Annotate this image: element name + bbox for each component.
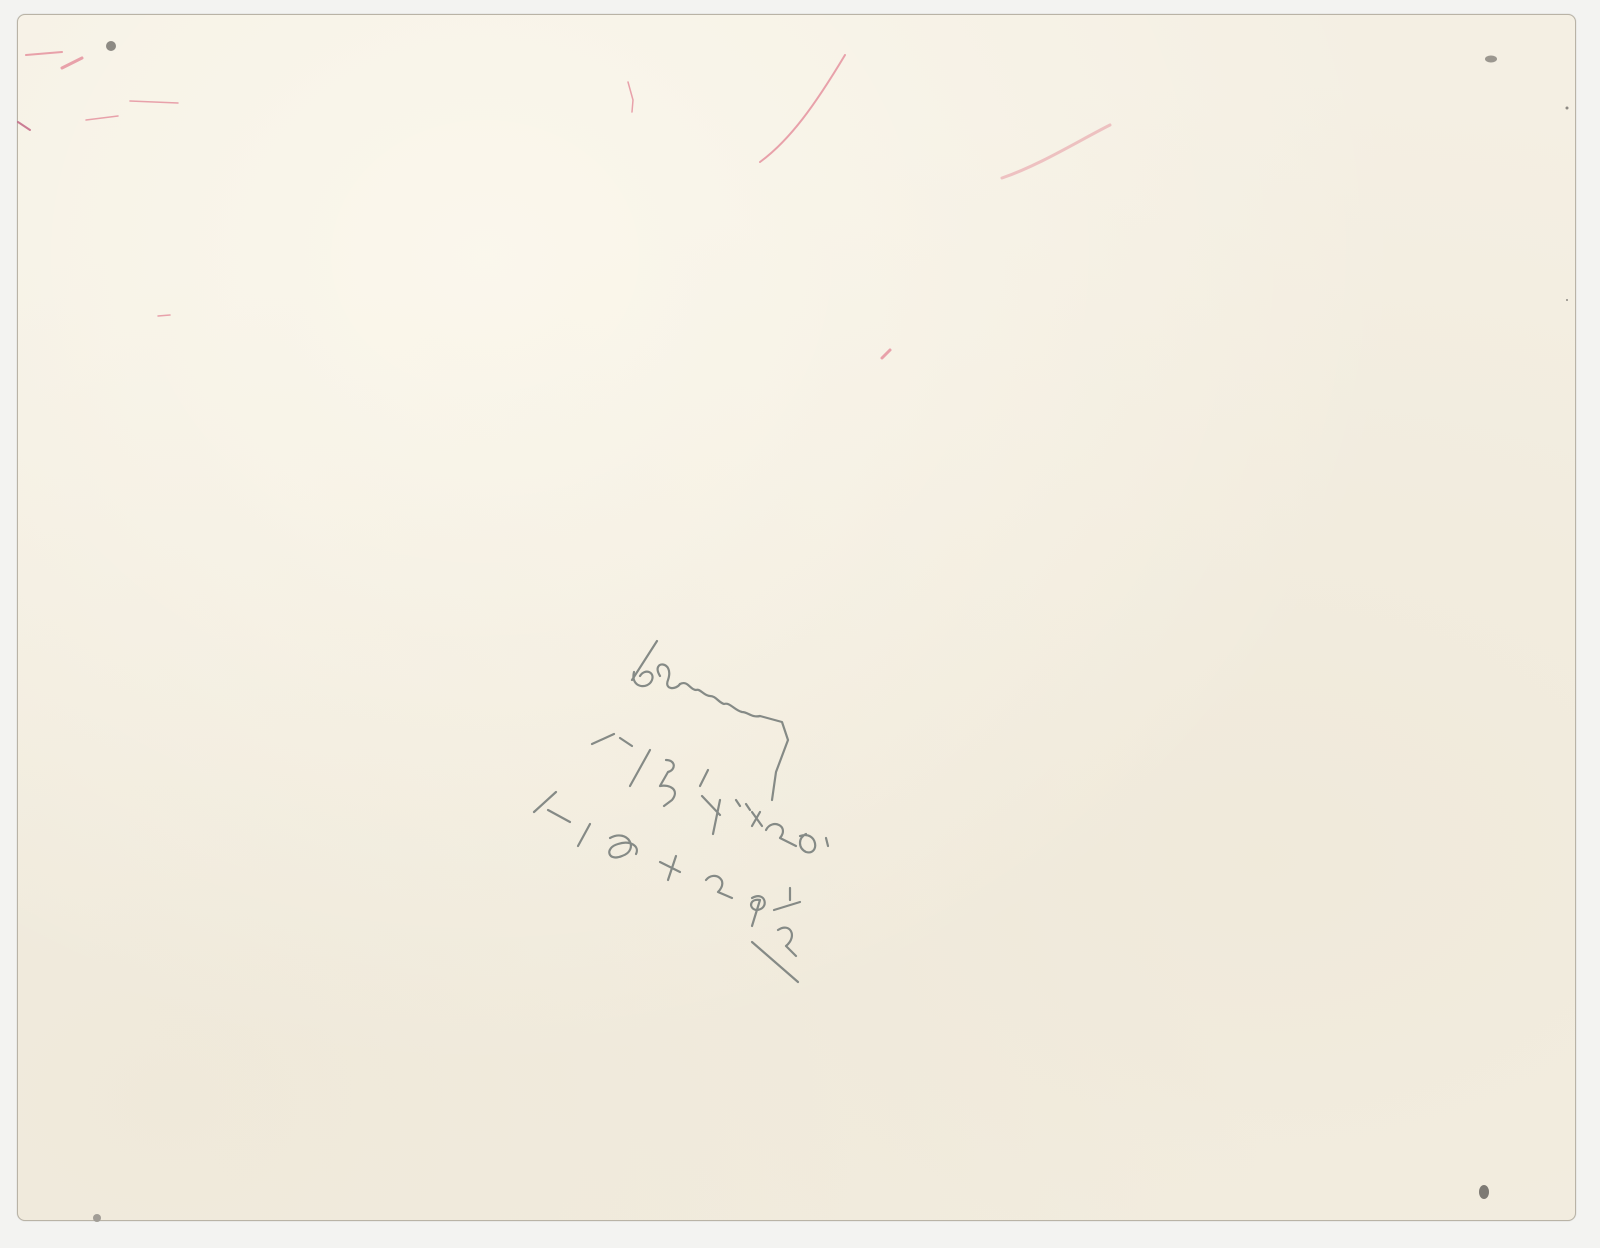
photo-back-card — [17, 14, 1576, 1221]
